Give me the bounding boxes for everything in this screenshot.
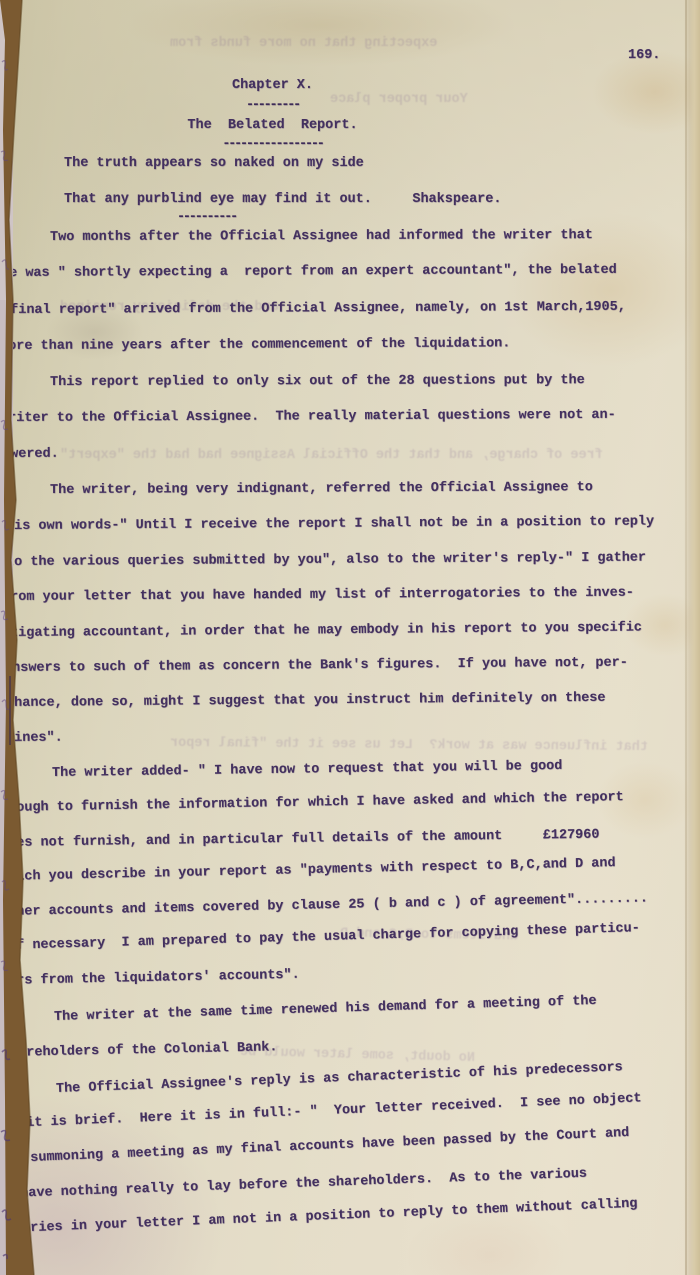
typewritten-line: answers to such of them as concern the B…: [4, 656, 628, 676]
typewritten-line: This report replied to only six out of t…: [50, 373, 585, 390]
typewritten-line: more than nine years after the commencem…: [0, 336, 510, 354]
ink-bleed-ghost-line: free of charge, and that the Official As…: [60, 448, 603, 463]
torn-binding-edge: [0, 0, 48, 1275]
typewritten-line: he was " shortly expecting a report from…: [1, 263, 617, 281]
typewritten-line: other accounts and items covered by clau…: [0, 891, 648, 920]
typewritten-line: ---------: [0, 98, 545, 113]
typewritten-line: -----------------: [0, 137, 545, 152]
ink-bleed-ghost-line: expecting that no more funds from: [170, 36, 437, 51]
typewritten-line: as it is brief. Here it is in full:- " Y…: [2, 1091, 642, 1132]
typewritten-line: writer to the Official Assignee. The rea…: [0, 408, 616, 426]
typewritten-line: chance, done so, might I suggest that yo…: [6, 691, 606, 711]
typewritten-line: The truth appears so naked on my side: [64, 156, 364, 171]
right-page-fold-line: [685, 0, 687, 1275]
typewritten-line: "If necessary I am prepared to pay the u…: [0, 921, 640, 954]
typewritten-line: The Official Assignee's reply is as char…: [56, 1060, 623, 1097]
typewritten-line: "final report" arrived from the Official…: [2, 300, 626, 318]
typewritten-line: Chapter X.: [0, 78, 545, 93]
typewritten-line: That any purblind eye may find it out. S…: [64, 192, 501, 207]
typewritten-line: queries in your letter I am not in a pos…: [6, 1197, 638, 1237]
typewritten-line: ----------: [177, 210, 236, 225]
typewritten-line: tigating accountant, in order that he ma…: [10, 620, 642, 641]
typewritten-line: The writer, being very indignant, referr…: [50, 480, 593, 498]
typewritten-line: which you describe in your report as "pa…: [0, 856, 616, 885]
ink-bleed-ghost-line: that influence was at work? Let us see i…: [170, 736, 648, 755]
typewritten-line: I have nothing really to lay before the …: [4, 1167, 587, 1202]
typewritten-line: The writer added- " I have now to reques…: [52, 759, 563, 781]
page-number: 169.: [628, 48, 660, 63]
scanned-document-page: expecting that no more funds fromYour pr…: [0, 0, 700, 1275]
typewritten-line: enough to furnish the information for wh…: [0, 790, 624, 816]
typewritten-line: The writer at the same time renewed his …: [54, 994, 597, 1025]
typewritten-line: does not furnish, and in particular full…: [0, 828, 600, 851]
typewritten-line: his own words-" Until I receive the repo…: [6, 514, 654, 534]
typewritten-line: from your letter that you have handed my…: [2, 586, 634, 605]
typewritten-line: Two months after the Official Assignee h…: [50, 228, 593, 245]
typewritten-line: to the various queries submitted by you"…: [6, 551, 646, 570]
typewritten-line: The Belated Report.: [0, 118, 545, 133]
typewritten-line: in summoning a meeting as my final accou…: [6, 1126, 630, 1167]
